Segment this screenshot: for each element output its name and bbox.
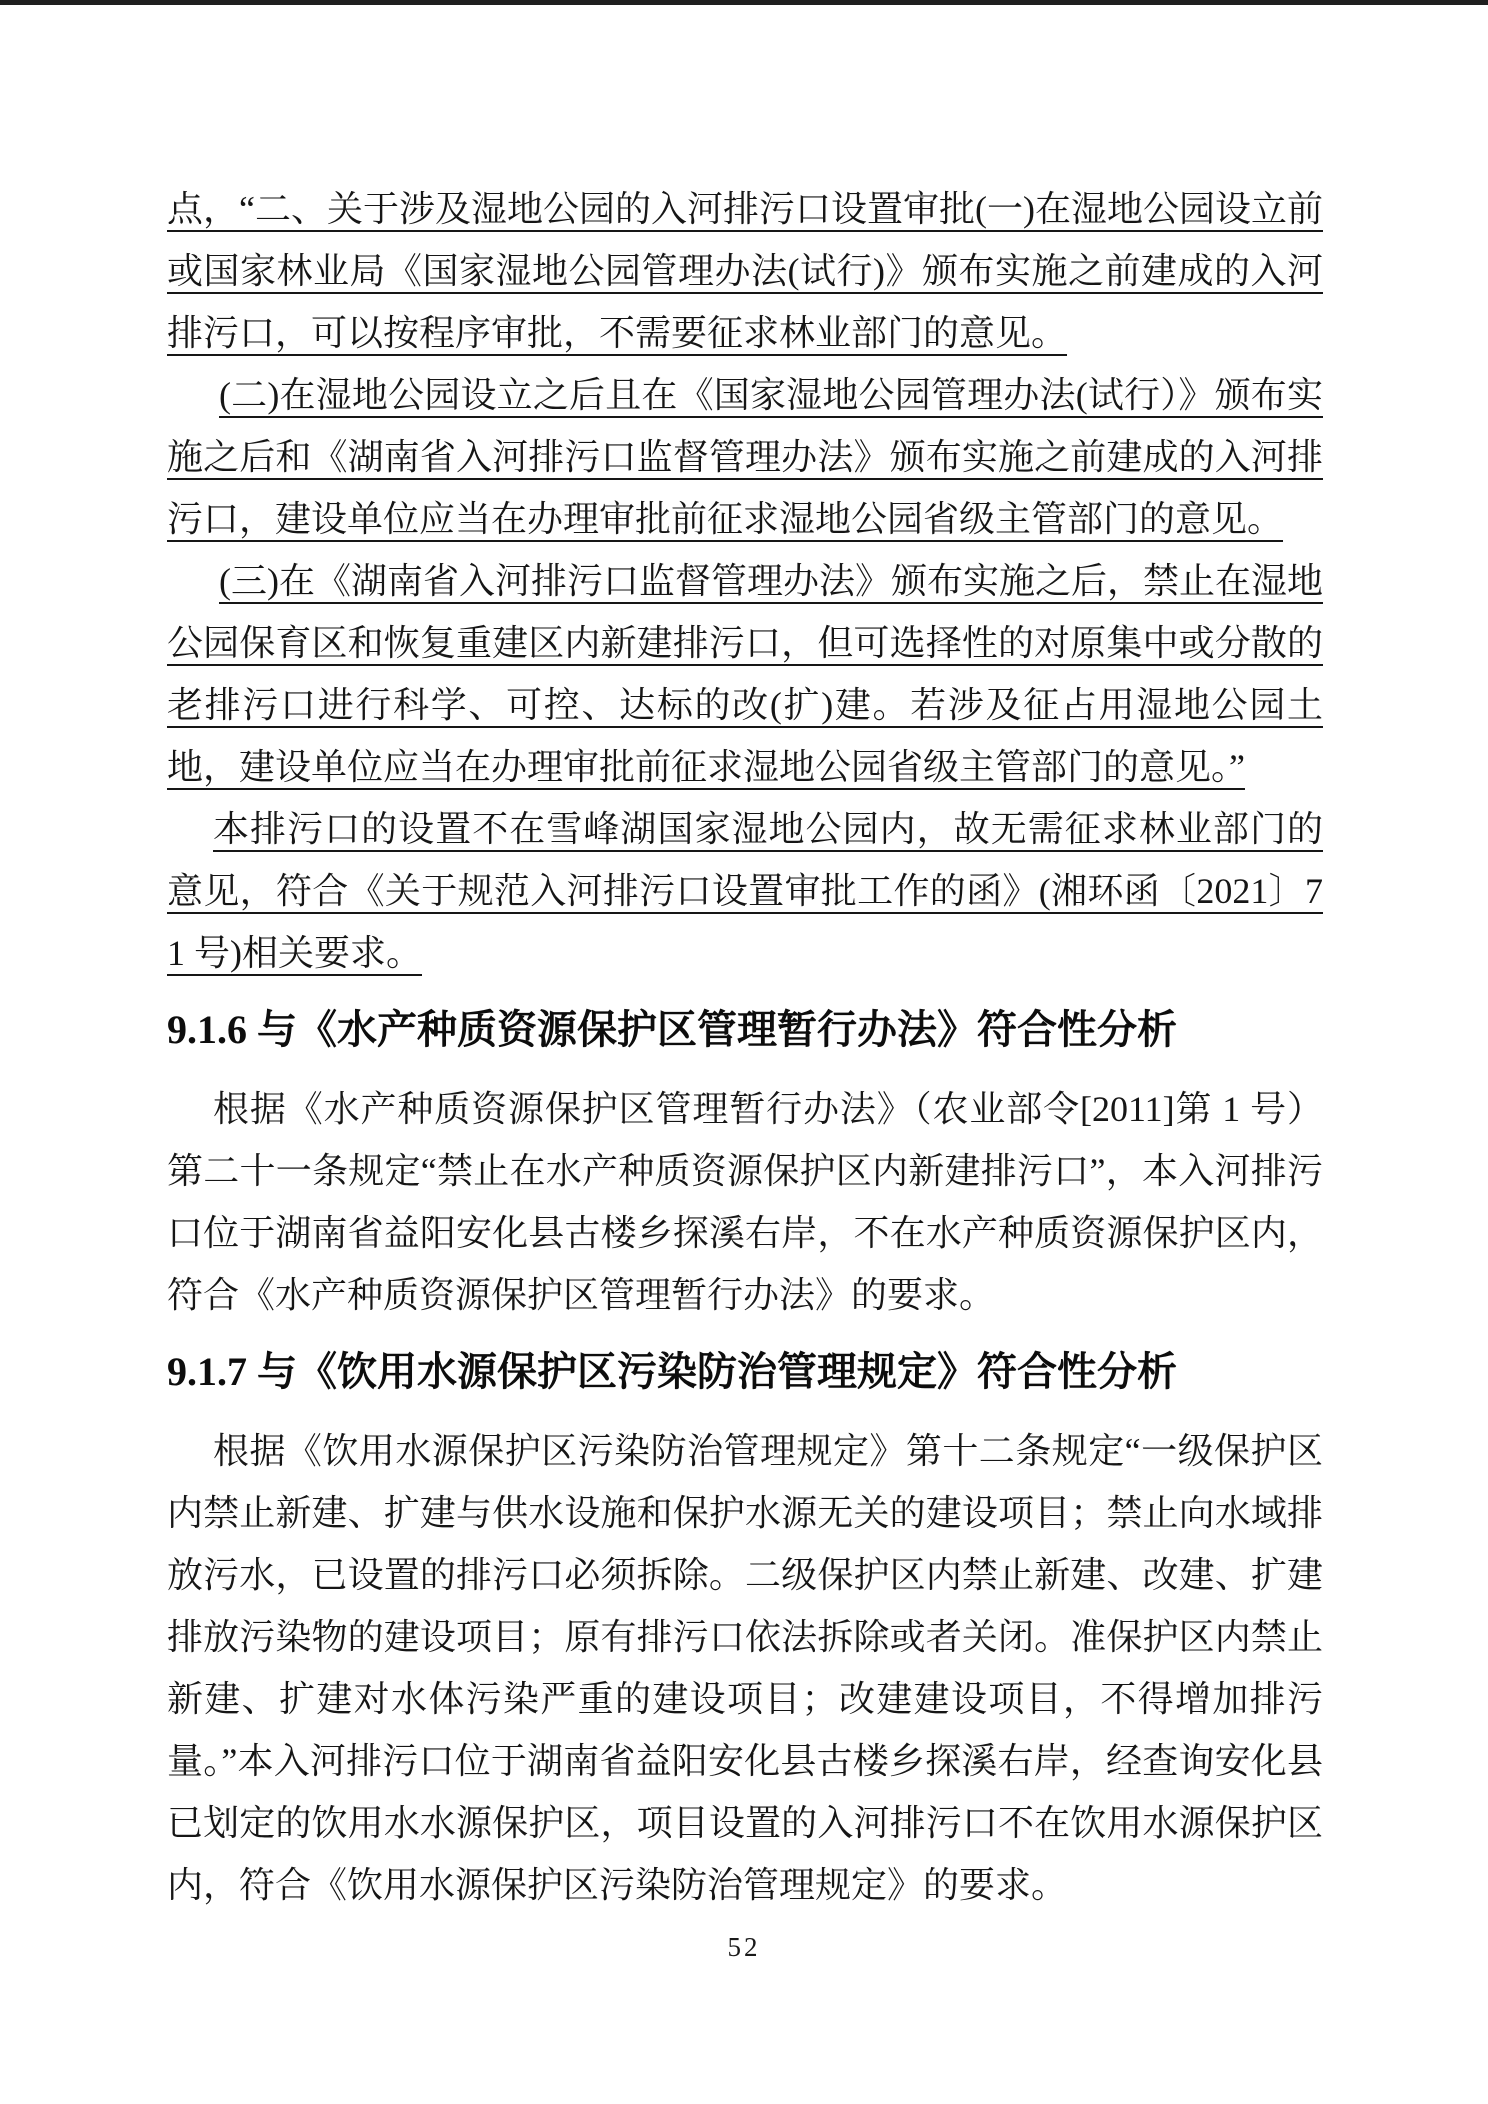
conclusion-paragraph-wetland: 本排污口的设置不在雪峰湖国家湿地公园内，故无需征求林业部门的意见，符合《关于规范… <box>167 798 1323 984</box>
section-body-9-1-6: 根据《水产种质资源保护区管理暂行办法》（农业部令[2011]第 1 号）第二十一… <box>167 1078 1323 1326</box>
quoted-paragraph-item-3: (三)在《湖南省入河排污口监督管理办法》颁布实施之后，禁止在湿地公园保育区和恢复… <box>167 550 1323 798</box>
quoted-paragraph-continuation: 点，“二、关于涉及湿地公园的入河排污口设置审批(一)在湿地公园设立前或国家林业局… <box>167 178 1323 364</box>
page-number: 52 <box>0 1932 1488 1963</box>
page-top-border <box>0 0 1488 5</box>
quoted-paragraph-item-2: (二)在湿地公园设立之后且在《国家湿地公园管理办法(试行）》颁布实施之后和《湖南… <box>167 364 1323 550</box>
page-content: 点，“二、关于涉及湿地公园的入河排污口设置审批(一)在湿地公园设立前或国家林业局… <box>167 178 1323 1916</box>
section-heading-9-1-7: 9.1.7 与《饮用水源保护区污染防治管理规定》符合性分析 <box>167 1340 1323 1404</box>
section-heading-9-1-6: 9.1.6 与《水产种质资源保护区管理暂行办法》符合性分析 <box>167 998 1323 1062</box>
document-page: 点，“二、关于涉及湿地公园的入河排污口设置审批(一)在湿地公园设立前或国家林业局… <box>0 0 1488 2104</box>
section-body-9-1-7: 根据《饮用水源保护区污染防治管理规定》第十二条规定“一级保护区内禁止新建、扩建与… <box>167 1420 1323 1916</box>
